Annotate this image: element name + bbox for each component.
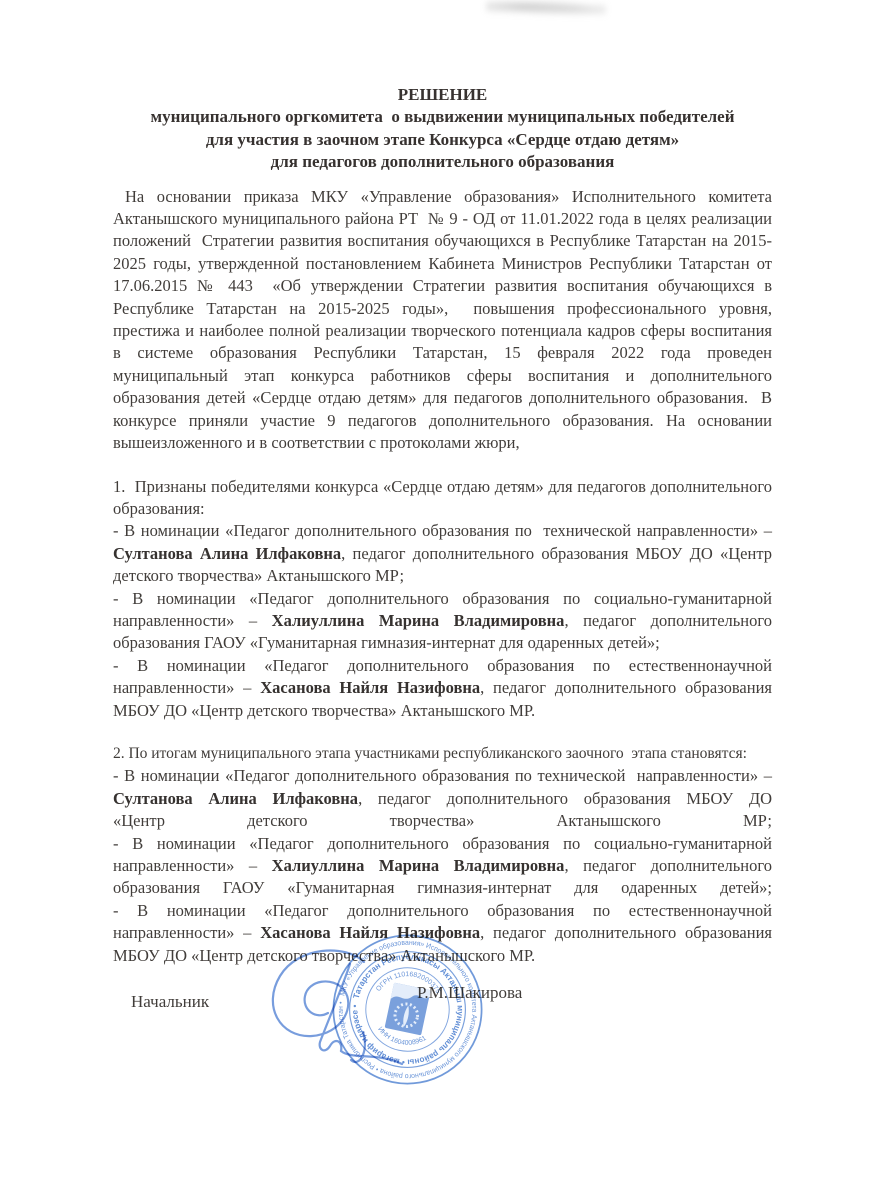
winner-item-technical: - В номинации «Педагог дополнительного о… bbox=[113, 520, 772, 587]
text-segment: 1. Признаны победителями конкурса «Сердц… bbox=[113, 477, 772, 518]
page-container: РЕШЕНИЕмуниципального оргкомитета о выдв… bbox=[113, 84, 772, 967]
participants-heading: 2. По итогам муниципального этапа участн… bbox=[113, 743, 772, 765]
person-name-bold: Халиуллина Марина Владимировна bbox=[272, 611, 565, 630]
person-name-bold: Халиуллина Марина Владимировна bbox=[272, 856, 565, 875]
spread-word: «Центр bbox=[113, 810, 165, 832]
scanned-document-page: { "page": { "background": "#ffffff", "te… bbox=[0, 0, 872, 1200]
text-segment: 2. По итогам муниципального этапа участн… bbox=[113, 745, 747, 762]
spacer bbox=[113, 455, 772, 476]
document-title-line: РЕШЕНИЕ bbox=[113, 84, 772, 106]
intro-paragraph: На основании приказа МКУ «Управление обр… bbox=[113, 186, 772, 455]
document-title-line: для педагогов дополнительного образовани… bbox=[113, 151, 772, 173]
spread-word: Актанышского bbox=[556, 810, 660, 832]
document-title-line: для участия в заочном этапе Конкурса «Се… bbox=[113, 129, 772, 151]
scan-artifact bbox=[486, 0, 606, 16]
spread-word: детского bbox=[247, 810, 308, 832]
spread-word: творчества» bbox=[390, 810, 475, 832]
spacer bbox=[113, 722, 772, 743]
text-segment: - В номинации «Педагог дополнительного о… bbox=[113, 521, 772, 540]
text-segment: - В номинации «Педагог дополнительного о… bbox=[113, 766, 772, 785]
participant-item-technical: - В номинации «Педагог дополнительного о… bbox=[113, 765, 772, 810]
winner-item-social: - В номинации «Педагог дополнительного о… bbox=[113, 588, 772, 655]
participant-item-social: - В номинации «Педагог дополнительного о… bbox=[113, 833, 772, 900]
spread-word: МР; bbox=[743, 810, 772, 832]
signature-role-label: Начальник bbox=[131, 992, 209, 1012]
document-body: На основании приказа МКУ «Управление обр… bbox=[113, 186, 772, 967]
text-segment: На основании приказа МКУ «Управление обр… bbox=[113, 187, 772, 452]
participant-item-technical-spread-line: «Центрдетскоготворчества»АктанышскогоМР; bbox=[113, 810, 772, 832]
winners-heading: 1. Признаны победителями конкурса «Сердц… bbox=[113, 476, 772, 521]
person-name-bold: Султанова Алина Илфаковна bbox=[113, 789, 358, 808]
person-name-bold: Хасанова Найля Назифовна bbox=[260, 678, 480, 697]
person-name-bold: Султанова Алина Илфаковна bbox=[113, 544, 341, 563]
document-title-line: муниципального оргкомитета о выдвижении … bbox=[113, 106, 772, 128]
handwritten-signature bbox=[246, 940, 416, 1080]
winner-item-science: - В номинации «Педагог дополнительного о… bbox=[113, 655, 772, 722]
document-title: РЕШЕНИЕмуниципального оргкомитета о выдв… bbox=[113, 84, 772, 174]
text-segment: , педагог дополнительного образования МБ… bbox=[358, 789, 772, 808]
